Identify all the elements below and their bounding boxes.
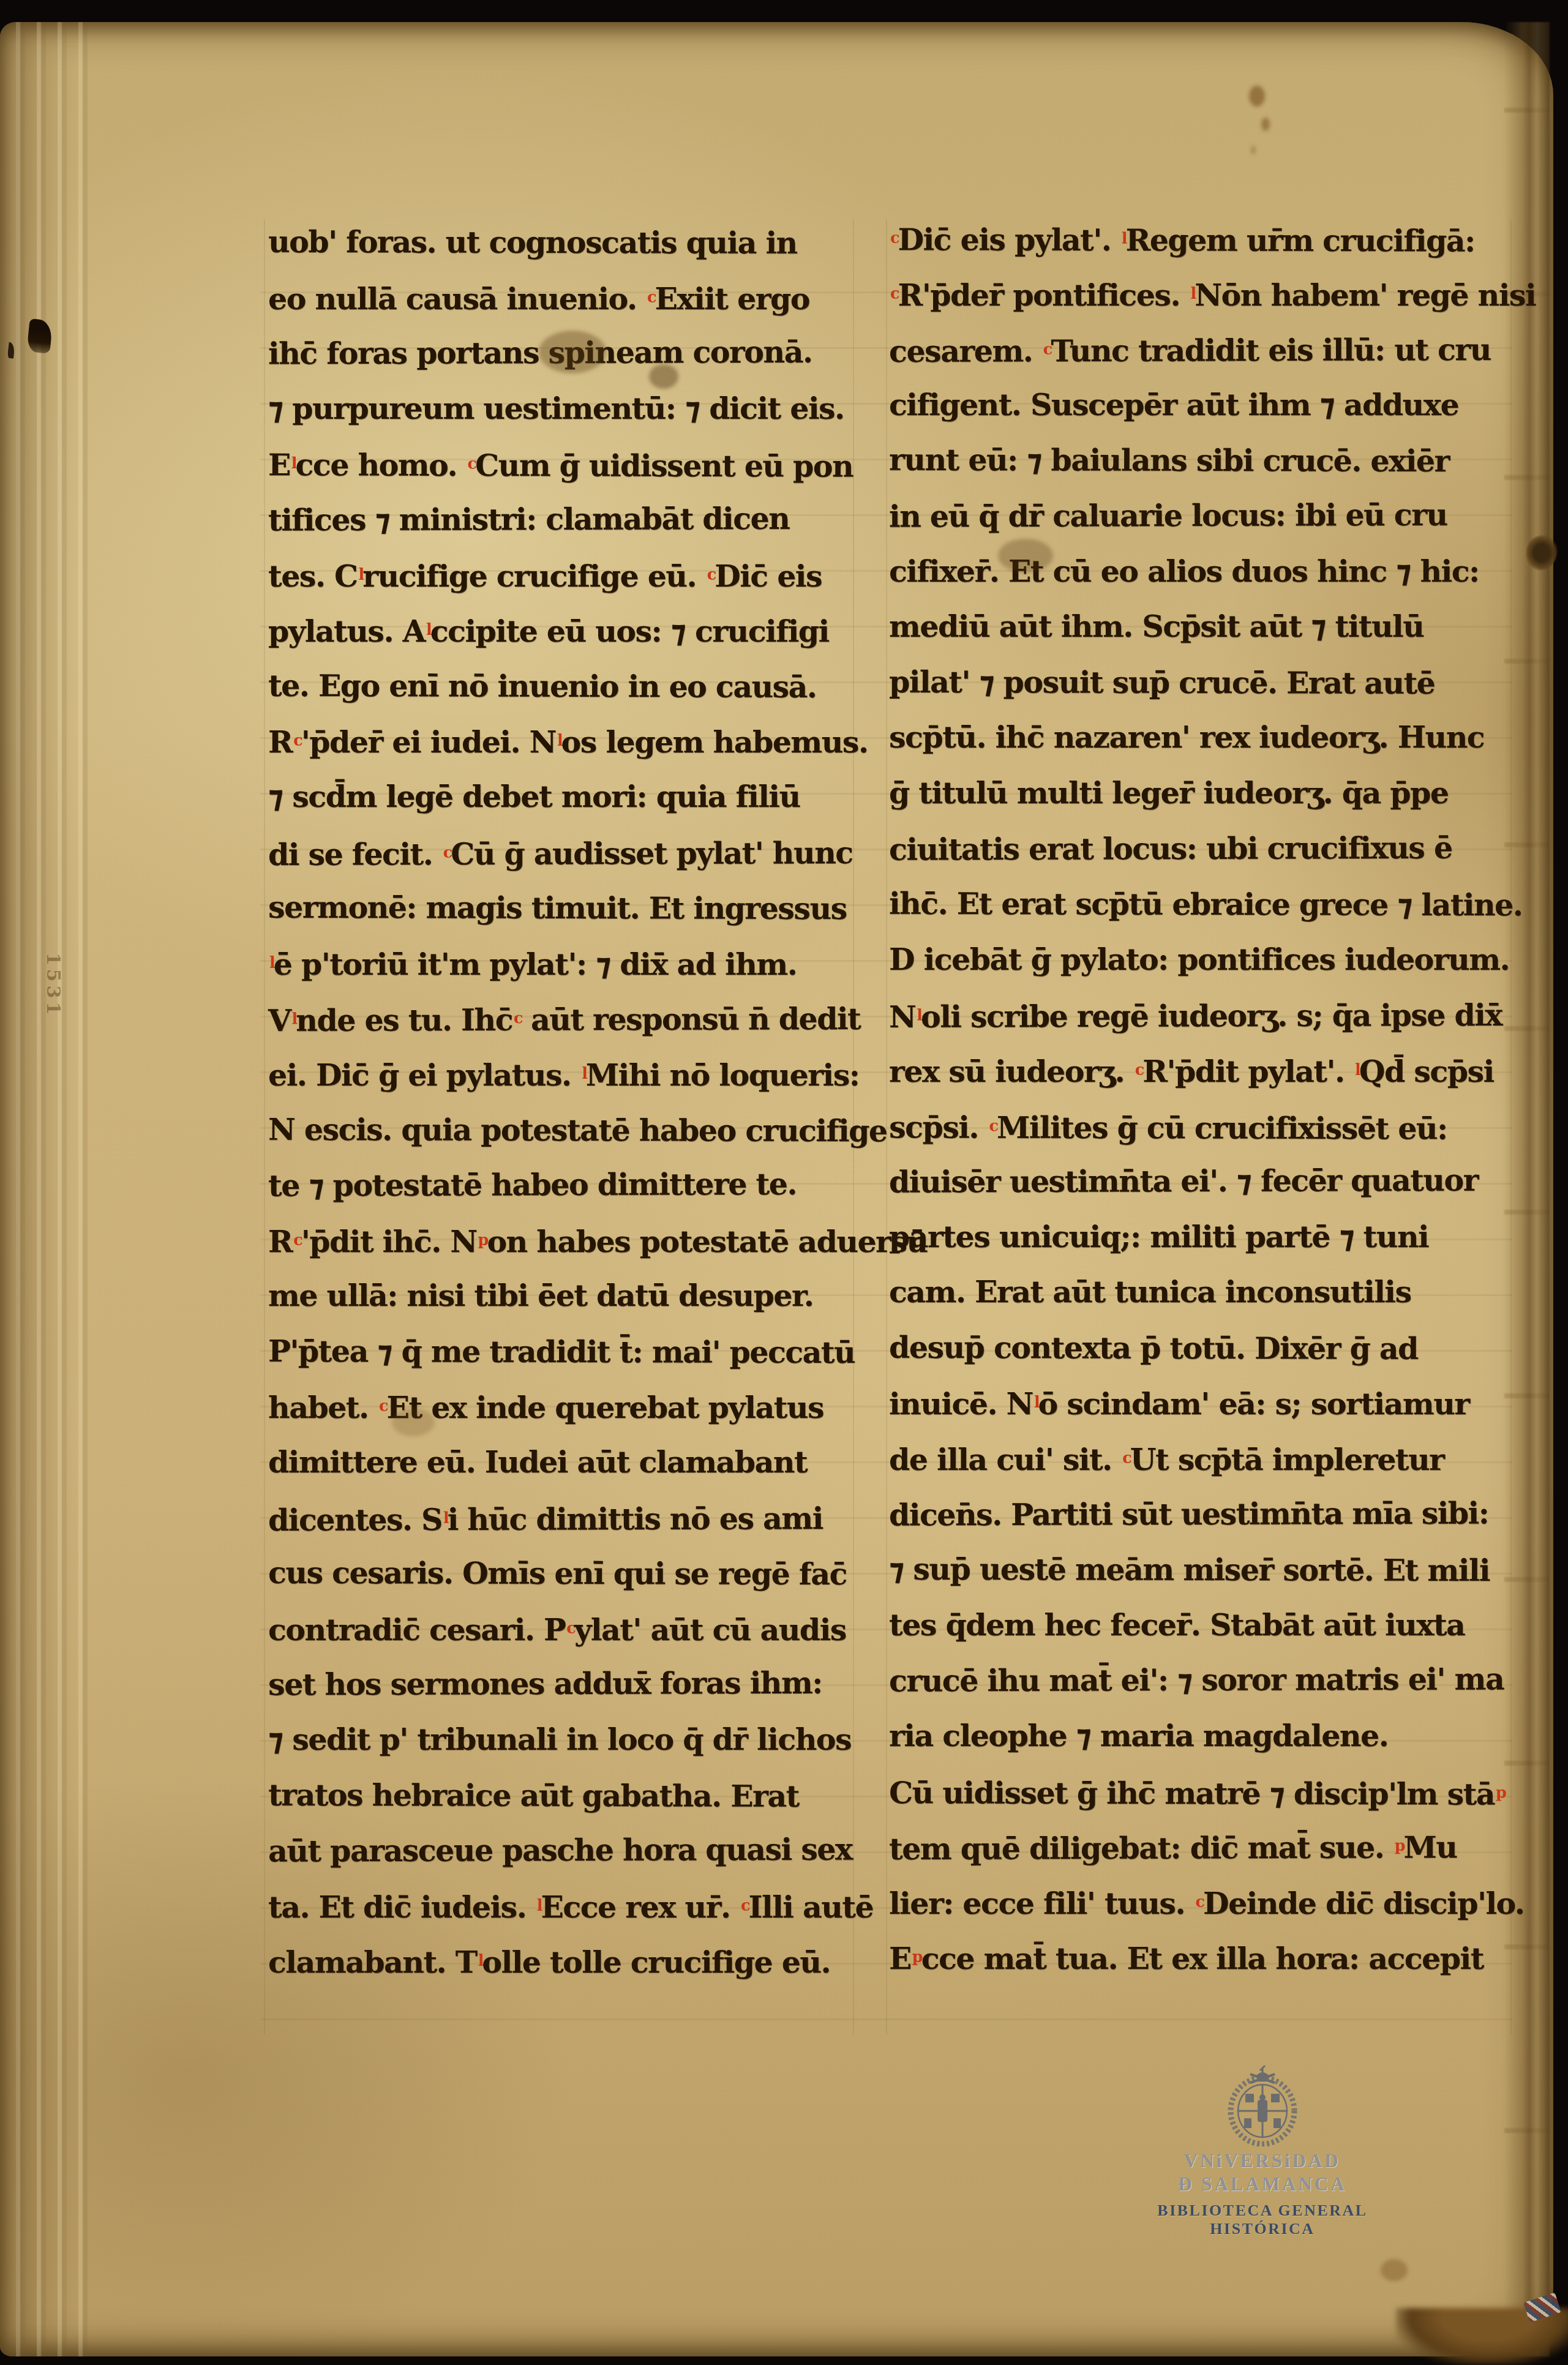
rubric-guide-letter: p — [1395, 1837, 1406, 1855]
rubric-guide-letter: l — [537, 1897, 543, 1915]
manuscript-line: partes unicuiq;: militi partē ⁊ tuni — [889, 1210, 1510, 1266]
manuscript-line: Rc'p̄dit ihc̄. Npon habes potestatē adue… — [268, 1214, 865, 1270]
rubric-guide-letter: l — [1122, 230, 1128, 248]
rubric-guide-letter: p — [1496, 1783, 1507, 1802]
rubric-guide-letter: c — [468, 455, 478, 473]
manuscript-line: me ullā: nisi tibi ēet datū desuper. — [268, 1269, 865, 1325]
manuscript-line: N escis. quia potestatē habeo crucifige — [268, 1103, 865, 1160]
rubric-guide-letter: c — [741, 1897, 751, 1915]
rubric-guide-letter: l — [291, 454, 298, 473]
manuscript-line: Rc'p̄der̄ ei iudei. Nlos legem habemus. — [268, 714, 865, 770]
rubric-guide-letter: c — [707, 566, 717, 584]
rubric-guide-letter: c — [1196, 1893, 1206, 1911]
rubric-guide-letter: c — [890, 229, 900, 247]
manuscript-line: cR'p̄der̄ pontifices. lNōn habem' regē n… — [889, 268, 1510, 323]
rubric-guide-letter: l — [557, 732, 563, 750]
manuscript-line: cifixer̄. Et cū eo alios duos hinc ⁊ hic… — [889, 545, 1510, 601]
manuscript-line: cifigent. Suscepēr aūt ihm ⁊ adduxe — [889, 378, 1510, 434]
manuscript-line: Vlnde es tu. Ihc̄c aūt responsū n̄ dedit — [268, 991, 865, 1049]
rubric-guide-letter: c — [1043, 340, 1053, 359]
rubric-guide-letter: c — [1135, 1061, 1145, 1079]
manuscript-line: Cū uidisset ḡ ihc̄ matrē ⁊ discip'lm stā… — [889, 1764, 1510, 1821]
stamp-university-line: VNiVERSiDAD — [1103, 2150, 1422, 2172]
rubric-guide-letter: l — [269, 954, 276, 972]
manuscript-line: ⁊ sup̄ uestē meām miser̄ sortē. Et mili — [889, 1543, 1510, 1600]
manuscript-line: clamabant. Tlolle tolle crucifige eū. — [268, 1935, 865, 1990]
rubric-guide-letter: c — [443, 843, 453, 861]
stain — [539, 331, 606, 373]
manuscript-line: ihc̄. Et erat scp̄tū ebraice grece ⁊ lat… — [889, 877, 1510, 934]
manuscript-line: te. Ego enī nō inuenio in eo causā. — [268, 659, 865, 716]
manuscript-line: pilat' ⁊ posuit sup̄ crucē. Erat autē — [889, 656, 1510, 713]
stamp-library-line: BIBLIOTECA GENERAL HISTÓRICA — [1103, 2202, 1422, 2238]
stain — [1381, 2259, 1408, 2281]
manuscript-line: runt eū: ⁊ baiulans sibi crucē. exiēr — [889, 433, 1510, 490]
manuscript-column-right: cDic̄ eis pylat'. lRegem ur̄m crucifigā:… — [889, 212, 1510, 1987]
rubric-guide-letter: l — [1191, 285, 1197, 303]
manuscript-line: habet. cEt ex inde querebat pylatus — [268, 1380, 865, 1436]
rubric-guide-letter: p — [478, 1231, 489, 1250]
manuscript-line: cus cesaris. Omīs enī qui se regē fac̄ — [268, 1546, 865, 1603]
manuscript-line: Epcce mat̄ tua. Et ex illa hora: accepit — [889, 1931, 1510, 1987]
binding-gutter — [16, 22, 89, 2356]
rubric-guide-letter: c — [293, 1231, 303, 1250]
rubric-guide-letter: c — [989, 1117, 999, 1135]
rubric-guide-letter: l — [426, 621, 432, 639]
manuscript-line: ta. Et dic̄ iudeis. lEcce rex ur̄. cIlli… — [268, 1880, 865, 1935]
rubric-guide-letter: l — [1355, 1061, 1361, 1079]
rubric-guide-letter: p — [912, 1948, 923, 1966]
stain — [392, 1408, 435, 1436]
rubric-guide-letter: c — [566, 1619, 576, 1638]
manuscript-line: pylatus. Alccipite eū uos: ⁊ crucifigi — [268, 604, 865, 659]
rubric-guide-letter: l — [1034, 1393, 1040, 1412]
stain — [998, 539, 1053, 572]
manuscript-line: tes. Clrucifige crucifige eū. cDic̄ eis — [268, 549, 865, 604]
manuscript-line: ḡ titulū multi leger̄ iudeorʒ. q̄a p̄pe — [889, 766, 1510, 822]
manuscript-line: di se fecit. cCū ḡ audisset pylat' hunc — [268, 825, 865, 882]
rubric-guide-letter: l — [291, 1010, 298, 1029]
manuscript-line: dicentes. Sli hūc dimittis nō es ami — [268, 1490, 865, 1548]
manuscript-line: aūt parasceue pasche hora quasi sex — [268, 1823, 865, 1881]
rubric-guide-letter: c — [379, 1397, 389, 1415]
manuscript-line: Elcce homo. cCum ḡ uidissent eū pon — [268, 437, 865, 494]
rubric-guide-letter: l — [917, 1006, 923, 1025]
stain — [649, 364, 678, 389]
rubric-guide-letter: l — [359, 566, 365, 584]
manuscript-line: te ⁊ potestatē habeo dimittere te. — [268, 1158, 865, 1215]
manuscript-line: contradic̄ cesari. Pcylat' aūt cū audis — [268, 1602, 865, 1658]
marginal-numeral: 1531 — [42, 953, 64, 1019]
rubric-guide-letter: c — [647, 288, 657, 307]
parchment-knot — [1526, 535, 1558, 571]
manuscript-line: sermonē: magis timuit. Et ingressus — [268, 881, 865, 938]
rubric-guide-letter: c — [293, 732, 303, 750]
manuscript-line: ei. Dic̄ ḡ ei pylatus. lMihi nō loqueris… — [268, 1048, 865, 1103]
library-stamp: VNiVERSiDAD Ð SALAMANCA BIBLIOTECA GENER… — [1103, 2062, 1422, 2238]
manuscript-line: lē p'toriū it'm pylat': ⁊ dix̄ ad ihm. — [268, 937, 865, 992]
rubric-guide-letter: l — [582, 1065, 588, 1083]
manuscript-line: scp̄tū. ihc̄ nazaren' rex iudeorʒ. Hunc — [889, 711, 1510, 766]
manuscript-line: tratos hebraice aūt gabatha. Erat — [268, 1768, 865, 1825]
manuscript-line: crucē ihu mat̄ ei': ⁊ soror matris ei' m… — [889, 1653, 1510, 1711]
manuscript-line: inuicē. Nlō scindam' eā: s; sortiamur — [889, 1376, 1510, 1432]
manuscript-line: ciuitatis erat locus: ubi crucifixus ē — [889, 821, 1510, 879]
manuscript-line: scp̄si. cMilites ḡ cū crucifixissēt eū: — [889, 1099, 1510, 1156]
stamp-salamanca-line: Ð SALAMANCA — [1103, 2173, 1422, 2195]
manuscript-line: desup̄ contexta p̄ totū. Dixēr ḡ ad — [889, 1321, 1510, 1378]
manuscript-line: uob' foras. ut cognoscatis quia in — [268, 216, 865, 272]
manuscript-line: mediū aūt ihm. Scp̄sit aūt ⁊ titulū — [889, 600, 1510, 656]
manuscript-line: cesarem. cTunc tradidit eis illū: ut cru — [889, 322, 1510, 380]
manuscript-line: dimittere eū. Iudei aūt clamabant — [268, 1436, 865, 1491]
rubric-guide-letter: c — [890, 285, 900, 303]
manuscript-line: tes q̄dem hec fecer̄. Stabāt aūt iuxta — [889, 1599, 1510, 1654]
manuscript-line: eo nullā causā inuenio. cExiit ergo — [268, 271, 865, 327]
manuscript-line: P'p̄tea ⁊ q̄ me tradidit t̄: mai' peccat… — [268, 1325, 865, 1382]
manuscript-line: cam. Erat aūt tunica inconsutilis — [889, 1265, 1510, 1321]
manuscript-line: D icebāt ḡ pylato: pontifices iudeorum. — [889, 933, 1510, 989]
manuscript-line: diuisēr uestimn̄ta ei'. ⁊ fecēr quatuor — [889, 1153, 1510, 1211]
manuscript-line: in eū q̄ dr̄ caluarie locus: ibi eū cru — [889, 488, 1510, 545]
stain — [1249, 86, 1265, 107]
manuscript-line: rex sū iudeorʒ. cR'p̄dit pylat'. lQd̄ sc… — [889, 1044, 1510, 1100]
manuscript-line: set hos sermones addux̄ foras ihm: — [268, 1657, 865, 1714]
manuscript-line: ria cleophe ⁊ maria magdalene. — [889, 1709, 1510, 1765]
manuscript-line: tem quē diligebat: dic̄ mat̄ sue. pMu — [889, 1820, 1510, 1877]
rubric-guide-letter: c — [1122, 1449, 1132, 1467]
university-seal-icon — [1223, 2062, 1302, 2146]
manuscript-line: Nloli scribe regē iudeorʒ. s; q̄a ipse d… — [889, 988, 1510, 1045]
manuscript-line: cDic̄ eis pylat'. lRegem ur̄m crucifigā: — [889, 212, 1510, 269]
manuscript-line: ⁊ scd̄m legē debet mori: quia filiū — [268, 770, 865, 826]
manuscript-line: dicen̄s. Partiti sūt uestimn̄ta mīa sibi… — [889, 1486, 1510, 1544]
manuscript-line: ⁊ sedit p' tribunali in loco q̄ dr̄ lich… — [268, 1713, 865, 1769]
manuscript-column-left: uob' foras. ut cognoscatis quia ineo nul… — [268, 216, 865, 1990]
manuscript-photo: { "manuscript": { "columns": { "left": {… — [0, 0, 1568, 2365]
manuscript-line: lier: ecce fili' tuus. cDeinde dic̄ disc… — [889, 1876, 1510, 1932]
rubric-guide-letter: l — [443, 1509, 449, 1527]
rubric-guide-letter: l — [478, 1952, 484, 1970]
manuscript-line: de illa cui' sit. cUt scp̄tā impleretur — [889, 1432, 1510, 1488]
manuscript-line: tifices ⁊ ministri: clamabāt dicen — [268, 492, 865, 549]
manuscript-line: ⁊ purpureum uestimentū: ⁊ dicit eis. — [268, 382, 865, 438]
rubric-guide-letter: c — [514, 1010, 523, 1028]
